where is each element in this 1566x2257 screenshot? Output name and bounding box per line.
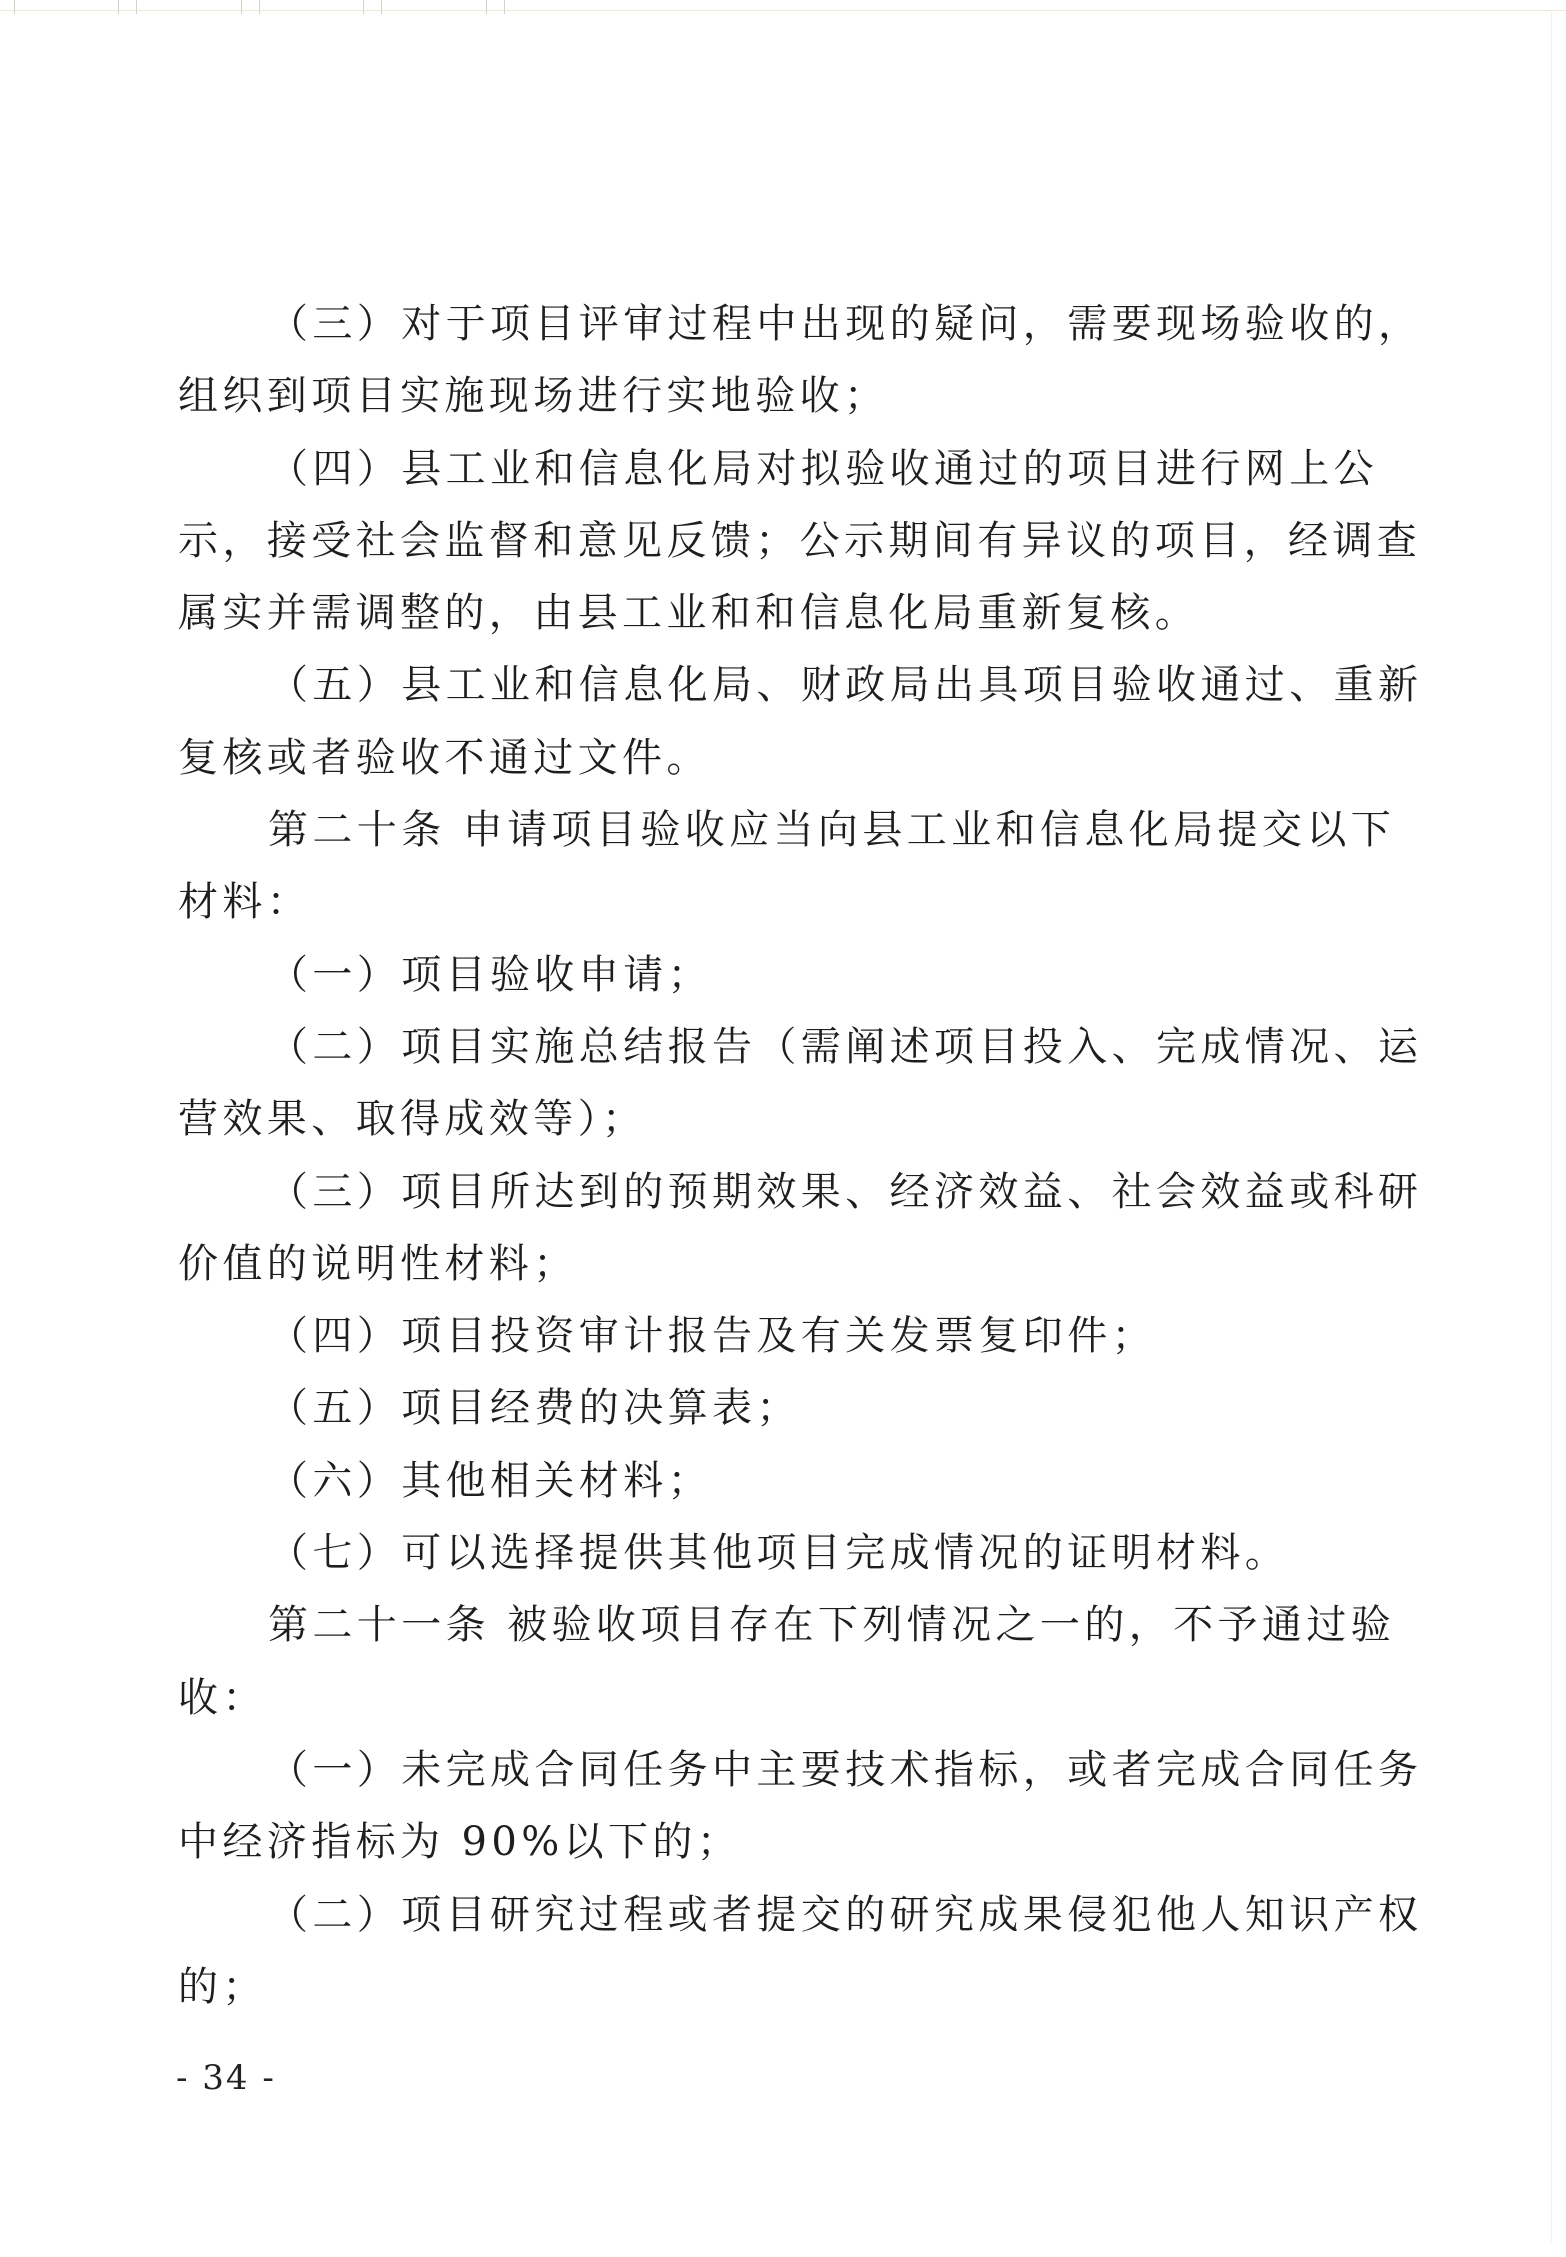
- text-line: （四）县工业和信息化局对拟验收通过的项目进行网上公: [178, 433, 1378, 505]
- text-line: 第二十条 申请项目验收应当向县工业和信息化局提交以下: [178, 794, 1378, 866]
- text-line: （一）项目验收申请；: [178, 939, 1378, 1011]
- text-line: 组织到项目实施现场进行实地验收；: [178, 360, 1378, 432]
- text-line: （一）未完成合同任务中主要技术指标，或者完成合同任务: [178, 1734, 1378, 1806]
- scan-tick-mark: [486, 0, 487, 14]
- page-number: - 34 -: [176, 2058, 276, 2098]
- scan-tick-mark: [259, 0, 260, 14]
- text-line: 属实并需调整的，由县工业和和信息化局重新复核。: [178, 577, 1378, 649]
- article-20-item-7: （七）可以选择提供其他项目完成情况的证明材料。: [178, 1517, 1378, 1589]
- text-line: 示，接受社会监督和意见反馈；公示期间有异议的项目，经调查: [178, 505, 1378, 577]
- text-line: （二）项目研究过程或者提交的研究成果侵犯他人知识产权: [178, 1879, 1378, 1951]
- article-20-item-1: （一）项目验收申请；: [178, 939, 1378, 1011]
- article-20-item-5: （五）项目经费的决算表；: [178, 1372, 1378, 1444]
- scan-tick-mark: [136, 0, 137, 14]
- scan-right-edge: [1551, 12, 1552, 2242]
- text-line: 营效果、取得成效等）；: [178, 1083, 1378, 1155]
- text-line: 收：: [178, 1662, 1378, 1734]
- text-line: （五）项目经费的决算表；: [178, 1372, 1378, 1444]
- text-line: 复核或者验收不通过文件。: [178, 722, 1378, 794]
- paragraph-item-3-review: （三）对于项目评审过程中出现的疑问，需要现场验收的， 组织到项目实施现场进行实地…: [178, 288, 1378, 433]
- text-line: （三）对于项目评审过程中出现的疑问，需要现场验收的，: [178, 288, 1378, 360]
- article-20-item-2: （二）项目实施总结报告（需阐述项目投入、完成情况、运 营效果、取得成效等）；: [178, 1011, 1378, 1156]
- text-line: （六）其他相关材料；: [178, 1445, 1378, 1517]
- scan-top-edge: [0, 10, 1566, 11]
- text-line: 第二十一条 被验收项目存在下列情况之一的，不予通过验: [178, 1589, 1378, 1661]
- text-line: 的；: [178, 1951, 1378, 2023]
- text-line: （三）项目所达到的预期效果、经济效益、社会效益或科研: [178, 1156, 1378, 1228]
- article-20-item-6: （六）其他相关材料；: [178, 1445, 1378, 1517]
- scan-tick-mark: [504, 0, 505, 14]
- text-line: 中经济指标为 90%以下的；: [178, 1806, 1378, 1878]
- article-21-item-2: （二）项目研究过程或者提交的研究成果侵犯他人知识产权 的；: [178, 1879, 1378, 2024]
- document-body: （三）对于项目评审过程中出现的疑问，需要现场验收的， 组织到项目实施现场进行实地…: [178, 288, 1378, 2023]
- article-21-heading: 第二十一条 被验收项目存在下列情况之一的，不予通过验 收：: [178, 1589, 1378, 1734]
- scan-tick-mark: [118, 0, 119, 14]
- scan-tick-mark: [381, 0, 382, 14]
- text-line: 价值的说明性材料；: [178, 1228, 1378, 1300]
- article-20-item-4: （四）项目投资审计报告及有关发票复印件；: [178, 1300, 1378, 1372]
- text-line: 材料：: [178, 866, 1378, 938]
- article-20-heading: 第二十条 申请项目验收应当向县工业和信息化局提交以下 材料：: [178, 794, 1378, 939]
- scan-tick-mark: [241, 0, 242, 14]
- scan-tick-mark: [363, 0, 364, 14]
- text-line: （四）项目投资审计报告及有关发票复印件；: [178, 1300, 1378, 1372]
- scan-tick-mark: [14, 0, 15, 14]
- text-line: （二）项目实施总结报告（需阐述项目投入、完成情况、运: [178, 1011, 1378, 1083]
- text-line: （七）可以选择提供其他项目完成情况的证明材料。: [178, 1517, 1378, 1589]
- paragraph-item-5-documents: （五）县工业和信息化局、财政局出具项目验收通过、重新 复核或者验收不通过文件。: [178, 649, 1378, 794]
- article-20-item-3: （三）项目所达到的预期效果、经济效益、社会效益或科研 价值的说明性材料；: [178, 1156, 1378, 1301]
- article-21-item-1: （一）未完成合同任务中主要技术指标，或者完成合同任务 中经济指标为 90%以下的…: [178, 1734, 1378, 1879]
- text-line: （五）县工业和信息化局、财政局出具项目验收通过、重新: [178, 649, 1378, 721]
- paragraph-item-4-publicity: （四）县工业和信息化局对拟验收通过的项目进行网上公 示，接受社会监督和意见反馈；…: [178, 433, 1378, 650]
